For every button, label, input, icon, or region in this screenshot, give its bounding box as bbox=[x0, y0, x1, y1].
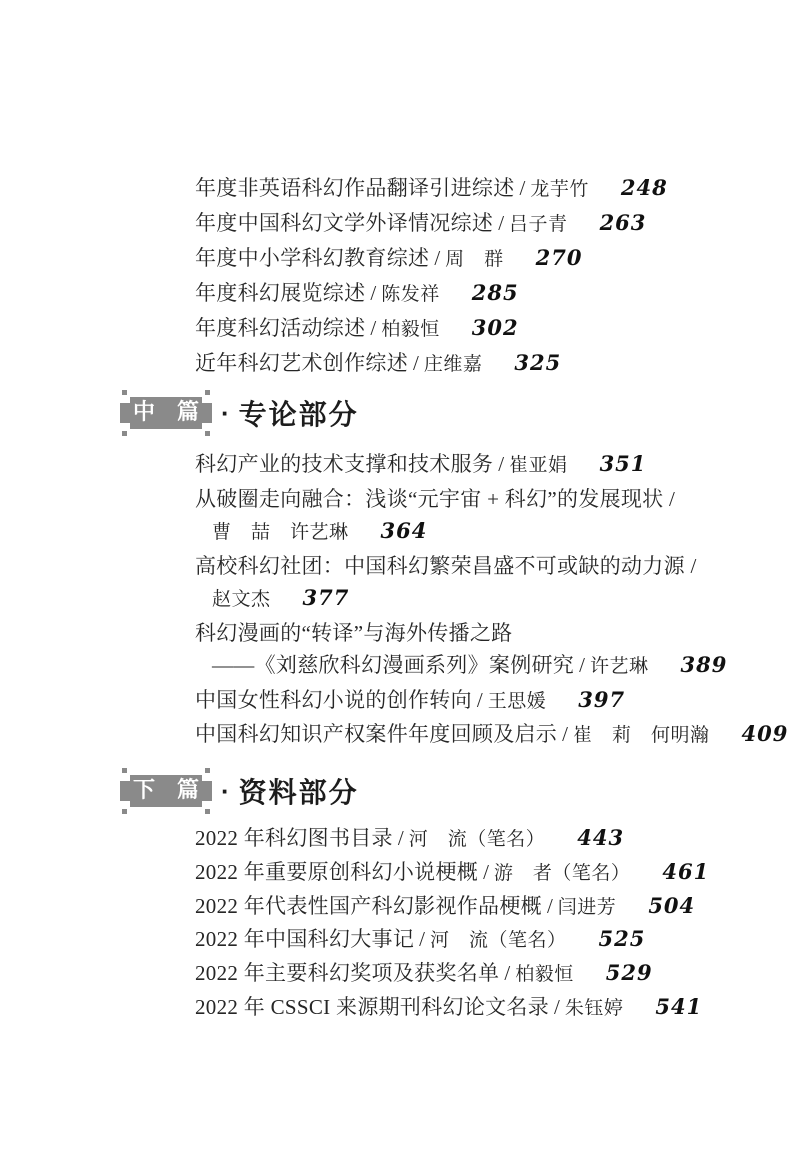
entry-author: 庄维嘉 bbox=[424, 354, 483, 375]
entry-title: 年度科幻活动综述 bbox=[195, 316, 365, 340]
toc-list-reference-materials: 2022 年科幻图书目录/河 流（笔名）4432022 年重要原创科幻小说梗概/… bbox=[195, 822, 709, 1025]
toc-entry-line: 从破圈走向融合：浅谈“元宇宙 + 科幻”的发展现状 / bbox=[195, 483, 788, 516]
entry-separator: / bbox=[499, 961, 515, 985]
entry-separator: / bbox=[549, 995, 565, 1019]
entry-page-number: 270 bbox=[536, 245, 583, 270]
entry-separator: / bbox=[515, 176, 531, 200]
entry-page-number: 461 bbox=[662, 859, 709, 884]
section-badge-plaque: 下 篇 bbox=[118, 768, 214, 814]
entry-title: 近年科幻艺术创作综述 bbox=[195, 351, 408, 375]
toc-list-annual-overviews: 年度非英语科幻作品翻译引进综述/龙芋竹248年度中国科幻文学外译情况综述/吕子青… bbox=[195, 171, 668, 381]
toc-entry-line: 科幻漫画的“转译”与海外传播之路 bbox=[195, 617, 788, 650]
entry-title: 2022 年主要科幻奖项及获奖名单 bbox=[195, 961, 499, 985]
toc-entry-line: 年度科幻活动综述/柏毅恒302 bbox=[195, 311, 668, 346]
toc-entry-line: 2022 年重要原创科幻小说梗概/游 者（笔名）461 bbox=[195, 856, 709, 890]
entry-title: 中国女性科幻小说的创作转向 bbox=[195, 688, 472, 712]
section-title: 专论部分 bbox=[239, 393, 359, 433]
entry-author: 许艺琳 bbox=[590, 656, 649, 677]
entry-author: 河 流（笔名） bbox=[409, 829, 546, 850]
entry-author: 闫进芳 bbox=[558, 897, 617, 918]
entry-separator: / bbox=[393, 826, 409, 850]
toc-entry-line: 高校科幻社团：中国科幻繁荣昌盛不可或缺的动力源 / bbox=[195, 550, 788, 583]
entry-page-number: 263 bbox=[600, 210, 647, 235]
entry-separator: / bbox=[557, 722, 573, 746]
entry-author: 龙芋竹 bbox=[530, 179, 589, 200]
toc-entry-line: 年度中小学科幻教育综述/周 群270 bbox=[195, 241, 668, 276]
entry-page-number: 525 bbox=[599, 926, 646, 951]
entry-title: ——《刘慈欣科幻漫画系列》案例研究 bbox=[212, 653, 574, 677]
entry-page-number: 389 bbox=[680, 652, 727, 677]
entry-title: 年度科幻展览综述 bbox=[195, 281, 365, 305]
header-dot-separator: · bbox=[221, 398, 230, 429]
entry-title: 年度中国科幻文学外译情况综述 bbox=[195, 211, 493, 235]
entry-separator: / bbox=[408, 351, 424, 375]
toc-entry-line: 近年科幻艺术创作综述/庄维嘉325 bbox=[195, 346, 668, 381]
header-dot-separator: · bbox=[221, 776, 230, 807]
entry-title: 年度中小学科幻教育综述 bbox=[195, 246, 429, 270]
entry-title: 科幻漫画的“转译”与海外传播之路 bbox=[195, 621, 512, 645]
toc-entry-line: 2022 年中国科幻大事记/河 流（笔名）525 bbox=[195, 923, 709, 957]
section-title: 资料部分 bbox=[239, 771, 359, 811]
entry-title: 高校科幻社团：中国科幻繁荣昌盛不可或缺的动力源 / bbox=[195, 554, 697, 578]
entry-separator: / bbox=[429, 246, 445, 270]
entry-title: 年度非英语科幻作品翻译引进综述 bbox=[195, 176, 515, 200]
entry-title: 2022 年代表性国产科幻影视作品梗概 bbox=[195, 894, 542, 918]
toc-entry-line: 年度中国科幻文学外译情况综述/吕子青263 bbox=[195, 206, 668, 241]
toc-entry-line: 2022 年科幻图书目录/河 流（笔名）443 bbox=[195, 822, 709, 856]
toc-entry-line: 2022 年代表性国产科幻影视作品梗概/闫进芳504 bbox=[195, 890, 709, 924]
entry-page-number: 377 bbox=[303, 585, 350, 610]
entry-author: 朱钰婷 bbox=[565, 998, 624, 1019]
entry-author: 王思媛 bbox=[488, 691, 547, 712]
entry-page-number: 351 bbox=[600, 451, 647, 476]
entry-page-number: 409 bbox=[741, 721, 788, 746]
toc-list-special-essays: 科幻产业的技术支撑和技术服务/崔亚娟351从破圈走向融合：浅谈“元宇宙 + 科幻… bbox=[195, 448, 788, 753]
entry-separator: / bbox=[472, 688, 488, 712]
entry-author: 河 流（笔名） bbox=[430, 930, 567, 951]
entry-author: 赵文杰 bbox=[212, 589, 271, 610]
toc-entry-line: 科幻产业的技术支撑和技术服务/崔亚娟351 bbox=[195, 448, 788, 483]
entry-page-number: 504 bbox=[648, 893, 695, 918]
badge-label: 下 篇 bbox=[118, 779, 214, 801]
entry-title: 从破圈走向融合：浅谈“元宇宙 + 科幻”的发展现状 / bbox=[195, 487, 675, 511]
entry-author: 吕子青 bbox=[509, 214, 568, 235]
entry-page-number: 302 bbox=[472, 315, 519, 340]
entry-page-number: 443 bbox=[577, 825, 624, 850]
entry-title: 2022 年科幻图书目录 bbox=[195, 826, 393, 850]
entry-author: 崔亚娟 bbox=[509, 455, 568, 476]
entry-separator: / bbox=[365, 281, 381, 305]
entry-title: 中国科幻知识产权案件年度回顾及启示 bbox=[195, 722, 557, 746]
toc-entry-line: 年度非英语科幻作品翻译引进综述/龙芋竹248 bbox=[195, 171, 668, 206]
toc-entry-line: ——《刘慈欣科幻漫画系列》案例研究/许艺琳389 bbox=[195, 649, 788, 684]
section-header-zhong-pian: 中 篇 · 专论部分 bbox=[118, 390, 359, 436]
entry-separator: / bbox=[574, 653, 590, 677]
badge-label: 中 篇 bbox=[118, 401, 214, 423]
entry-separator: / bbox=[478, 860, 494, 884]
entry-author: 曹 喆 许艺琳 bbox=[212, 522, 349, 543]
entry-title: 2022 年中国科幻大事记 bbox=[195, 927, 414, 951]
toc-entry-line: 中国科幻知识产权案件年度回顾及启示/崔 莉 何明瀚409 bbox=[195, 718, 788, 753]
entry-page-number: 364 bbox=[381, 518, 428, 543]
entry-page-number: 285 bbox=[472, 280, 519, 305]
entry-separator: / bbox=[493, 452, 509, 476]
entry-separator: / bbox=[414, 927, 430, 951]
entry-page-number: 248 bbox=[621, 175, 668, 200]
entry-author: 陈发祥 bbox=[381, 284, 440, 305]
entry-title: 2022 年 CSSCI 来源期刊科幻论文名录 bbox=[195, 995, 549, 1019]
entry-author: 柏毅恒 bbox=[515, 964, 574, 985]
entry-title: 科幻产业的技术支撑和技术服务 bbox=[195, 452, 493, 476]
entry-author: 柏毅恒 bbox=[381, 319, 440, 340]
entry-page-number: 529 bbox=[606, 960, 653, 985]
toc-entry-line: 赵文杰377 bbox=[195, 582, 788, 617]
entry-page-number: 325 bbox=[514, 350, 561, 375]
section-badge-plaque: 中 篇 bbox=[118, 390, 214, 436]
toc-entry-line: 2022 年主要科幻奖项及获奖名单/柏毅恒529 bbox=[195, 957, 709, 991]
entry-title: 2022 年重要原创科幻小说梗概 bbox=[195, 860, 478, 884]
entry-separator: / bbox=[493, 211, 509, 235]
toc-entry-line: 年度科幻展览综述/陈发祥285 bbox=[195, 276, 668, 311]
entry-separator: / bbox=[365, 316, 381, 340]
toc-page: 年度非英语科幻作品翻译引进综述/龙芋竹248年度中国科幻文学外译情况综述/吕子青… bbox=[0, 0, 800, 1157]
toc-entry-line: 2022 年 CSSCI 来源期刊科幻论文名录/朱钰婷541 bbox=[195, 991, 709, 1025]
entry-page-number: 397 bbox=[578, 687, 625, 712]
entry-author: 周 群 bbox=[445, 249, 504, 270]
entry-author: 崔 莉 何明瀚 bbox=[573, 725, 710, 746]
entry-page-number: 541 bbox=[655, 994, 702, 1019]
entry-separator: / bbox=[542, 894, 558, 918]
toc-entry-line: 中国女性科幻小说的创作转向/王思媛397 bbox=[195, 684, 788, 719]
section-header-xia-pian: 下 篇 · 资料部分 bbox=[118, 768, 359, 814]
entry-author: 游 者（笔名） bbox=[494, 863, 631, 884]
toc-entry-line: 曹 喆 许艺琳364 bbox=[195, 515, 788, 550]
